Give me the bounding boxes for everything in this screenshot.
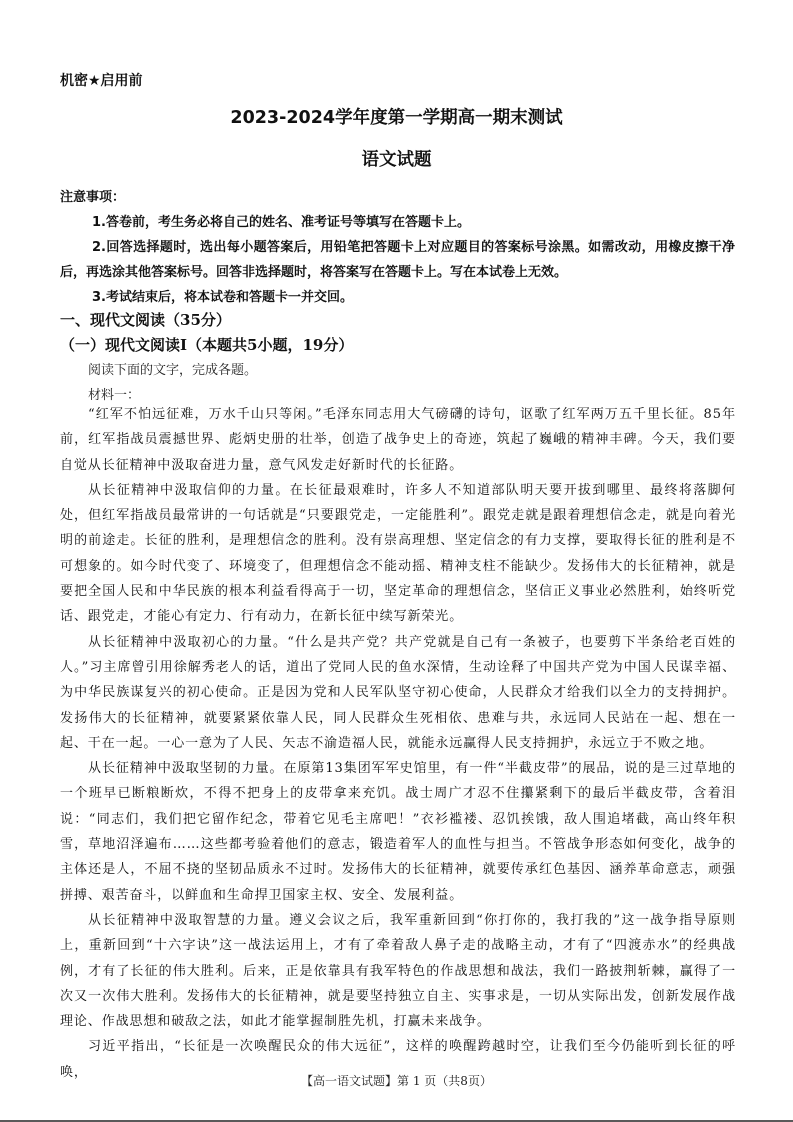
reading-instruction: 阅读下面的文字，完成各题。	[60, 358, 735, 383]
exam-subject: 语文试题	[0, 146, 793, 171]
instructions-block: 注意事项： 1.答卷前，考生务必将自己的姓名、准考证号等填写在答题卡上。 2.回…	[60, 186, 735, 310]
passage-paragraph: 从长征精神中汲取智慧的力量。遵义会议之后，我军重新回到“你打你的，我打我的”这一…	[60, 908, 736, 1034]
instructions-title: 注意事项：	[60, 186, 735, 210]
instruction-item: 2.回答选择题时，选出每小题答案后，用铅笔把答题卡上对应题目的答案标号涂黑。如需…	[60, 235, 735, 285]
exam-title: 2023-2024学年度第一学期高一期末测试	[0, 104, 793, 129]
reading-intro: 阅读下面的文字，完成各题。 材料一：	[60, 358, 735, 408]
subsection-heading: （一）现代文阅读Ⅰ（本题共5小题，19分）	[60, 334, 353, 355]
instruction-item: 3.考试结束后，将本试卷和答题卡一并交回。	[60, 285, 735, 310]
page-footer: 【高一语文试题】第 1 页（共8页）	[0, 1072, 793, 1089]
confidential-label: 机密★启用前	[60, 70, 143, 90]
passage-paragraph: “红军不怕远征难，万水千山只等闲。”毛泽东同志用大气磅礴的诗句，讴歌了红军两万五…	[60, 402, 736, 478]
passage-paragraph: 从长征精神中汲取初心的力量。“什么是共产党？共产党就是自己有一条被子，也要剪下半…	[60, 630, 736, 756]
section-heading: 一、现代文阅读（35分）	[60, 309, 231, 330]
passage-paragraph: 从长征精神中汲取坚韧的力量。在原第13集团军军史馆里，有一件“半截皮带”的展品，…	[60, 756, 736, 908]
instruction-item: 1.答卷前，考生务必将自己的姓名、准考证号等填写在答题卡上。	[60, 210, 735, 235]
exam-page: 机密★启用前 2023-2024学年度第一学期高一期末测试 语文试题 注意事项：…	[0, 0, 793, 1122]
passage-paragraph: 从长征精神中汲取信仰的力量。在长征最艰难时，许多人不知道部队明天要开拔到哪里、最…	[60, 478, 736, 630]
passage: “红军不怕远征难，万水千山只等闲。”毛泽东同志用大气磅礴的诗句，讴歌了红军两万五…	[60, 402, 736, 1085]
